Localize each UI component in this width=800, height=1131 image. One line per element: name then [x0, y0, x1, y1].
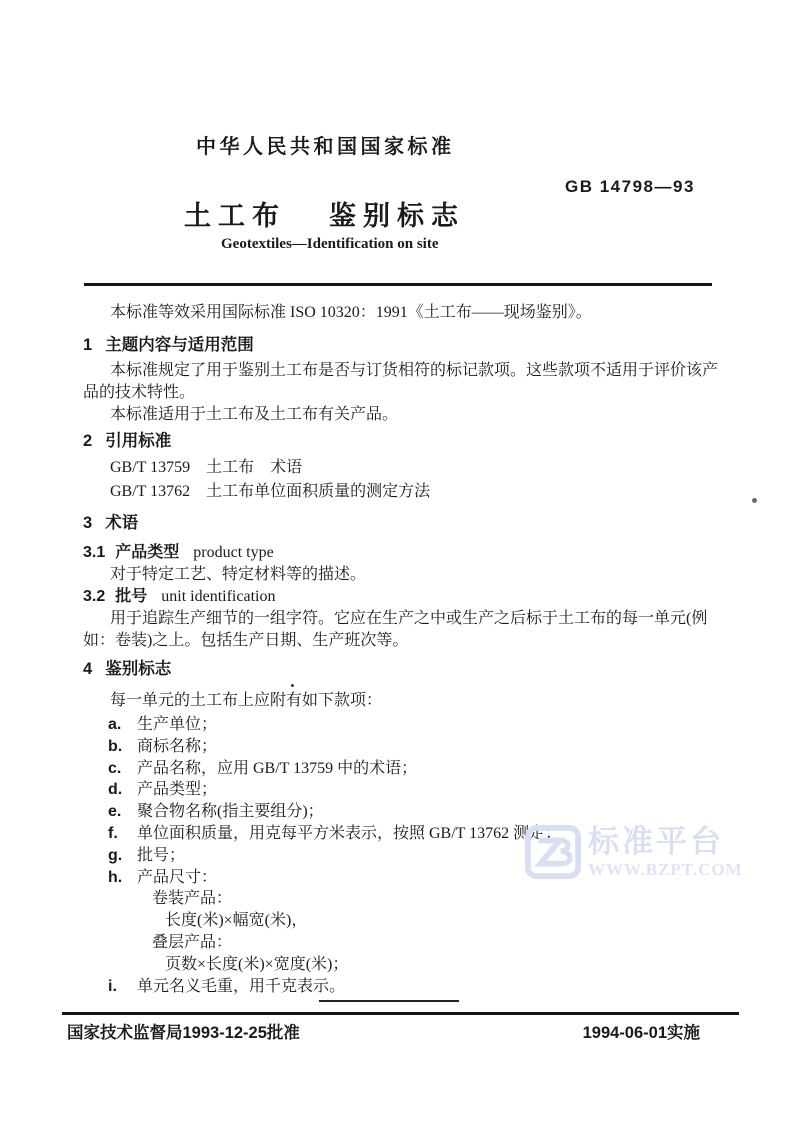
- document-body: 本标准等效采用国际标准 ISO 10320：1991《土工布——现场鉴别》。 1…: [83, 302, 723, 997]
- list-item: i.单元名义毛重，用千克表示。: [83, 976, 723, 998]
- reference-list: GB/T 13759 土工布 术语 GB/T 13762 土工布单位面积质量的测…: [83, 456, 723, 504]
- list-item: f.单位面积质量，用克每平方米表示，按照 GB/T 13762 测定；: [83, 823, 723, 845]
- term-3-1-definition: 对于特定工艺、特定材料等的描述。: [83, 564, 723, 586]
- roll-product-label: 卷装产品：: [83, 888, 723, 910]
- section-3-heading: 3术语: [83, 512, 723, 534]
- section-1-title: 主题内容与适用范围: [105, 336, 254, 354]
- section-1-number: 1: [83, 334, 92, 356]
- list-item-label: c.: [108, 758, 121, 780]
- implementation-note: 1994-06-01实施: [583, 1019, 700, 1043]
- document-page: 中华人民共和国国家标准 GB 14798—93 土工布鉴别标志 Geotexti…: [0, 0, 800, 1131]
- term-3-2-definition: 用于追踪生产细节的一组字符。它应在生产之中或生产之后标于土工布的每一单元(例如：…: [83, 608, 723, 652]
- section-4-number: 4: [83, 658, 92, 680]
- document-title-cn: 土工布鉴别标志: [184, 194, 465, 233]
- title-cn-part2: 鉴别标志: [329, 201, 465, 231]
- stack-product-label: 叠层产品：: [83, 932, 723, 954]
- roll-product-formula: 长度(米)×幅宽(米)，: [83, 910, 723, 932]
- list-item-label: d.: [108, 779, 122, 801]
- term-3-1-cn: 产品类型: [115, 544, 179, 561]
- section-4-title: 鉴别标志: [105, 660, 171, 678]
- list-item: b.商标名称；: [83, 736, 723, 758]
- marking-items-list: a.生产单位； b.商标名称； c.产品名称，应用 GB/T 13759 中的术…: [83, 714, 723, 997]
- term-3-2-en: unit identification: [161, 588, 275, 605]
- term-3-2-cn: 批号: [115, 588, 147, 605]
- section-2-number: 2: [83, 430, 92, 452]
- term-3-2-number: 3.2: [83, 588, 105, 605]
- term-3-1-number: 3.1: [83, 544, 105, 561]
- title-cn-part1: 土工布: [184, 201, 286, 231]
- list-item-text: 生产单位；: [137, 716, 217, 733]
- list-item: c.产品名称，应用 GB/T 13759 中的术语；: [83, 758, 723, 780]
- section-4-lead: 每一单元的土工布上应附有如下款项：: [83, 690, 723, 712]
- list-item-text: 批号；: [137, 847, 185, 864]
- list-item-label: b.: [108, 736, 122, 758]
- section-4-heading: 4鉴别标志: [83, 658, 723, 680]
- term-3-1-en: product type: [193, 544, 273, 561]
- section-3-number: 3: [83, 512, 92, 534]
- list-item-text: 产品名称，应用 GB/T 13759 中的术语；: [137, 760, 417, 777]
- list-item: g.批号；: [83, 845, 723, 867]
- section-2-heading: 2引用标准: [83, 430, 723, 452]
- stack-product-formula: 页数×长度(米)×宽度(米)；: [83, 954, 723, 976]
- list-item-label: f.: [108, 823, 118, 845]
- scan-artifact: [752, 498, 757, 503]
- term-3-2: 3.2批号unit identification: [83, 586, 723, 608]
- document-title-en: Geotextiles—Identification on site: [221, 236, 438, 253]
- footer-divider: [62, 1012, 739, 1015]
- section-2-title: 引用标准: [105, 432, 171, 450]
- section-3-title: 术语: [105, 514, 138, 532]
- list-item-text: 单位面积质量，用克每平方米表示，按照 GB/T 13762 测定；: [137, 825, 561, 842]
- list-item-text: 单元名义毛重，用千克表示。: [137, 978, 345, 995]
- list-item-text: 产品尺寸：: [137, 869, 217, 886]
- reference-item: GB/T 13762 土工布单位面积质量的测定方法: [110, 480, 723, 504]
- header-divider: [84, 283, 712, 286]
- list-item-text: 产品类型；: [137, 781, 217, 798]
- footnote-divider: [319, 1000, 459, 1002]
- term-3-1: 3.1产品类型product type: [83, 542, 723, 564]
- intro-paragraph: 本标准等效采用国际标准 ISO 10320：1991《土工布——现场鉴别》。: [83, 302, 723, 324]
- list-item-label: h.: [108, 867, 122, 889]
- section-1-para-1: 本标准规定了用于鉴别土工布是否与订货相符的标记款项。这些款项不适用于评价该产品的…: [83, 360, 723, 404]
- list-item-label: g.: [108, 845, 122, 867]
- list-item: d.产品类型；: [83, 779, 723, 801]
- section-1-para-2: 本标准适用于土工布及土工布有关产品。: [83, 404, 723, 426]
- standard-number: GB 14798—93: [565, 177, 695, 197]
- list-item: a.生产单位；: [83, 714, 723, 736]
- scan-artifact: [291, 684, 294, 687]
- list-item-label: i.: [108, 976, 117, 998]
- list-item: e.聚合物名称(指主要组分)；: [83, 801, 723, 823]
- list-item: h.产品尺寸：: [83, 867, 723, 889]
- list-item-label: e.: [108, 801, 121, 823]
- reference-item: GB/T 13759 土工布 术语: [110, 456, 723, 480]
- org-title: 中华人民共和国国家标准: [196, 130, 455, 159]
- list-item-text: 商标名称；: [137, 738, 217, 755]
- list-item-label: a.: [108, 714, 121, 736]
- list-item-text: 聚合物名称(指主要组分)；: [137, 803, 324, 820]
- section-1-heading: 1主题内容与适用范围: [83, 334, 723, 356]
- approval-note: 国家技术监督局1993-12-25批准: [67, 1019, 300, 1043]
